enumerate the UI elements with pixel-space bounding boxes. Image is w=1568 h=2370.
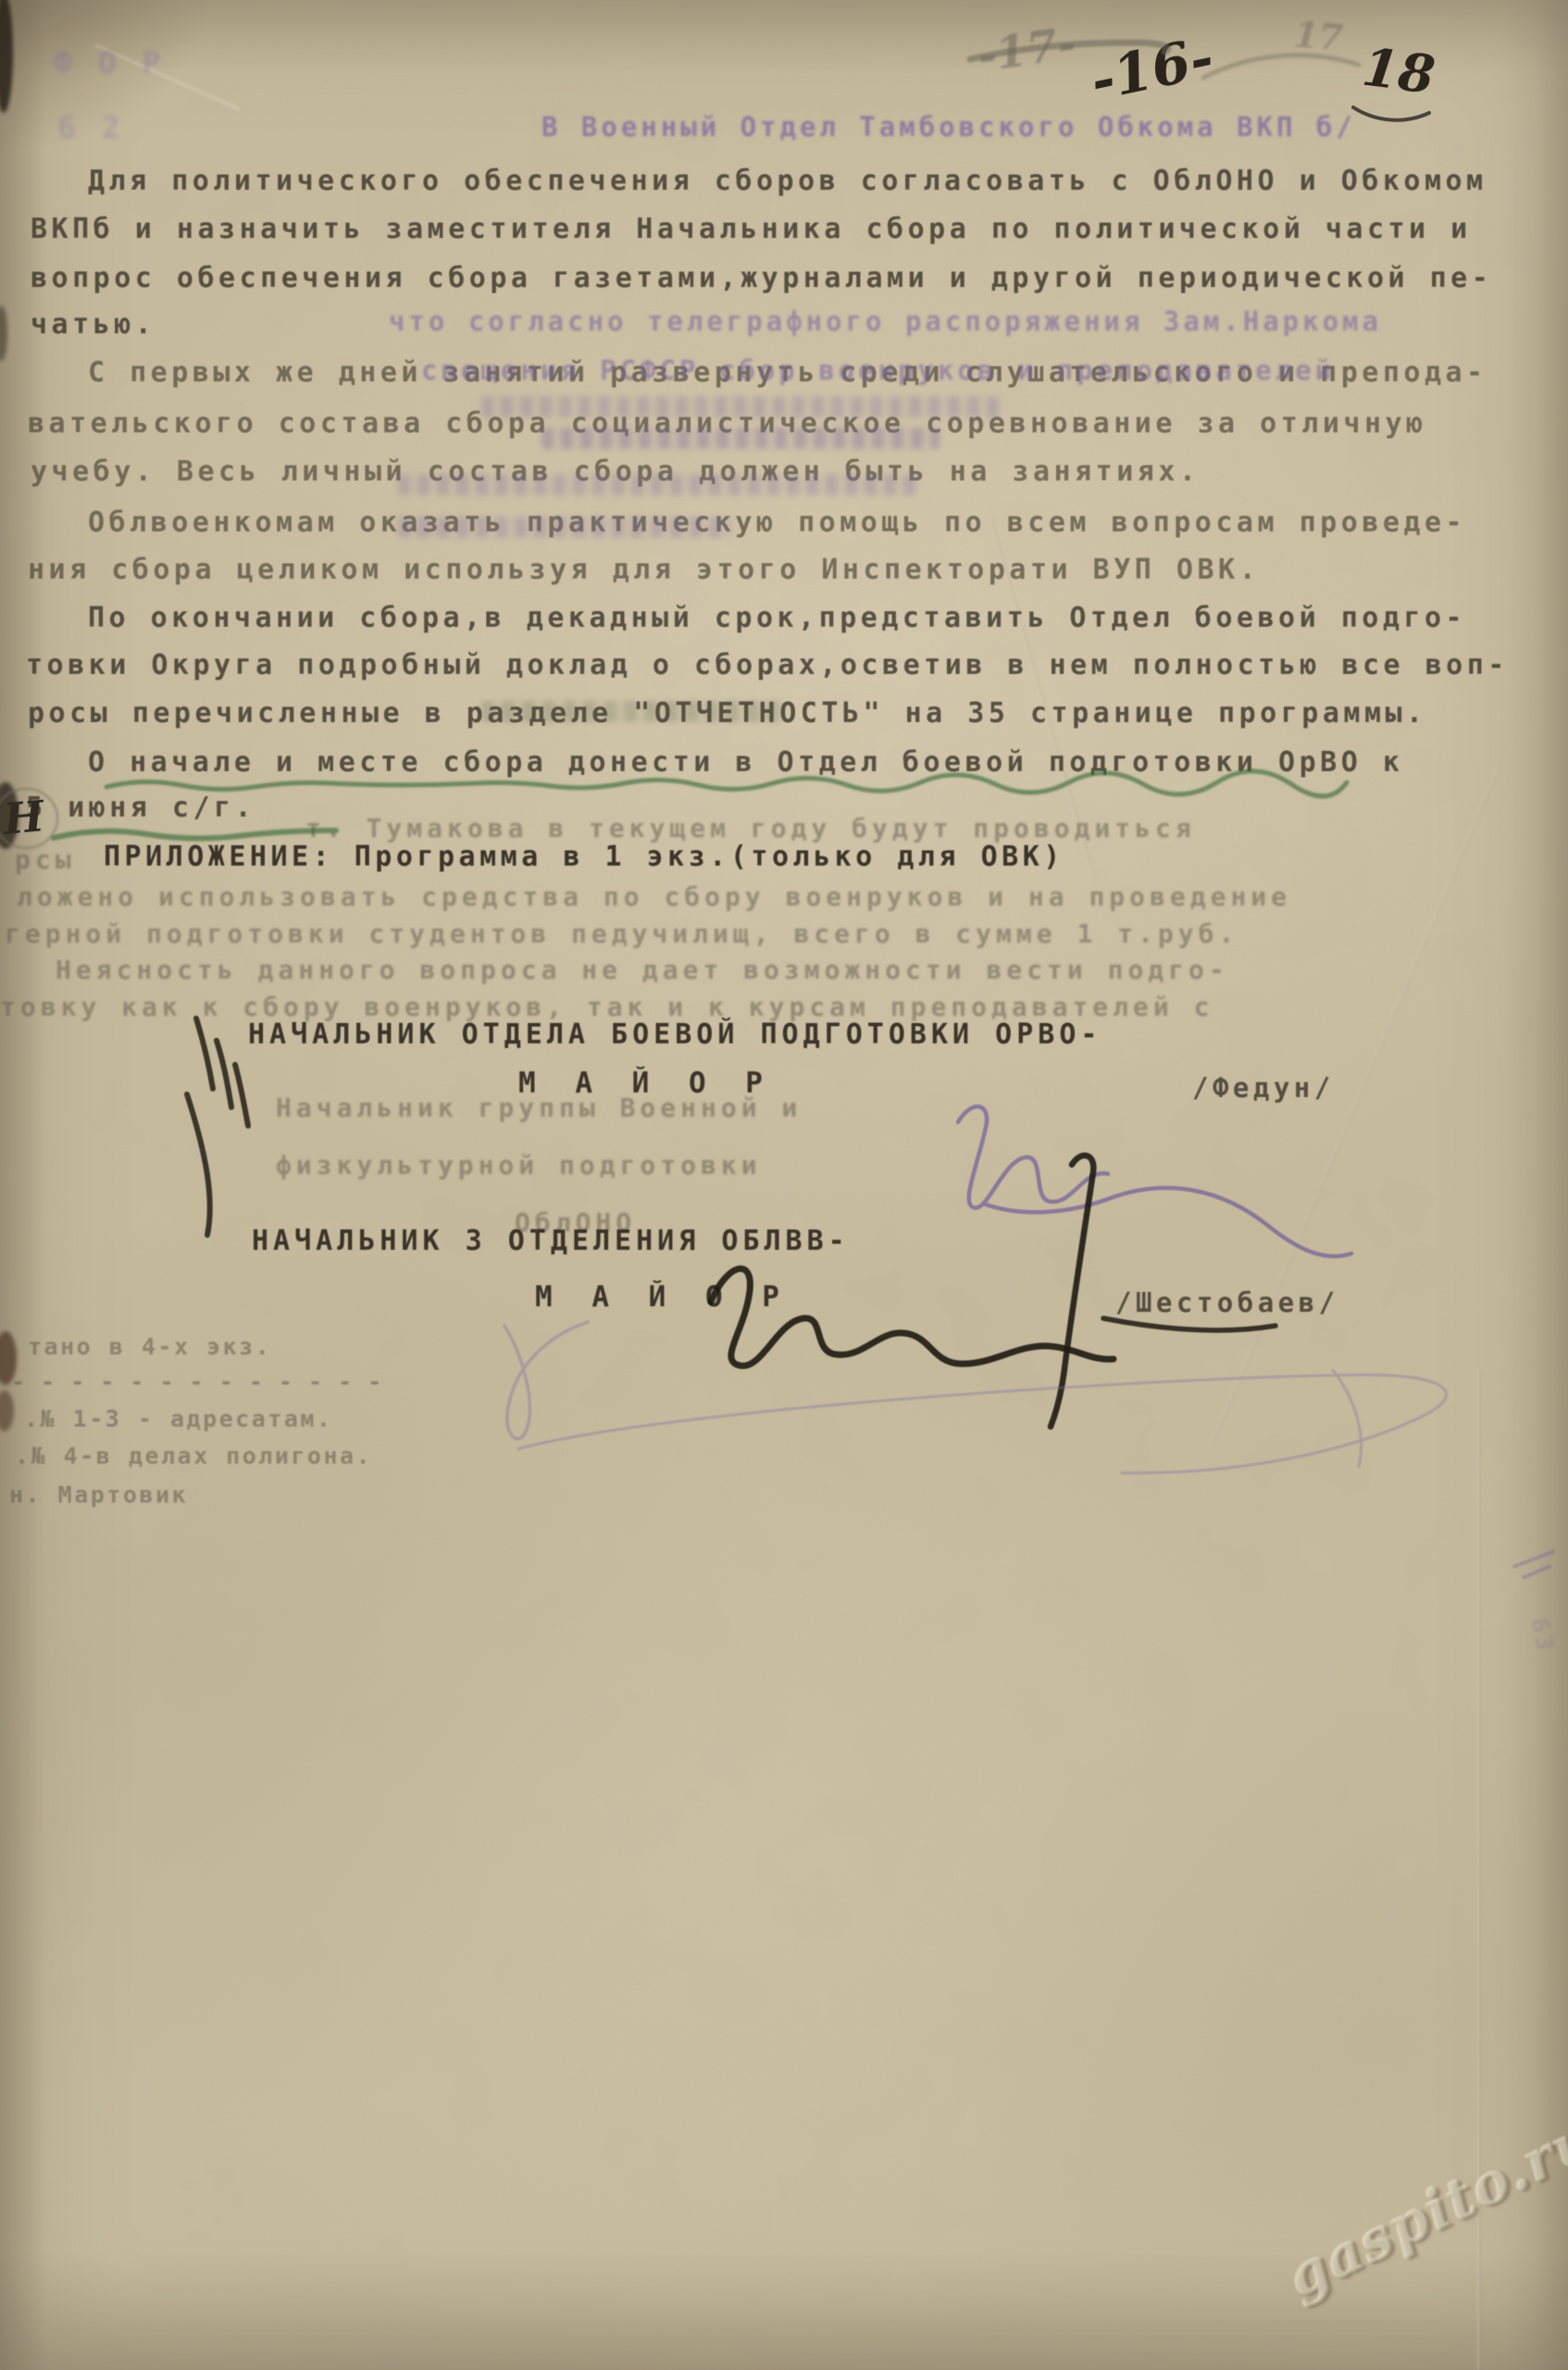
ghost-line: герной подготовки студентов педучилищ, в… [5, 918, 1238, 949]
crease-line [1208, 767, 1500, 1450]
signer-rank: М А Й О Р [535, 1280, 790, 1314]
typed-line: Облвоенкомам оказать практическую помощь… [88, 506, 1466, 539]
typed-line: чатью. [31, 308, 156, 341]
attachment-line: ПРИЛОЖЕНИЕ: Программа в 1 экз.(только дл… [104, 841, 1064, 873]
signer-title: НАЧАЛЬНИК 3 ОТДЕЛЕНИЯ ОБЛВВ- [252, 1225, 850, 1257]
typed-line: товки Округа подробный доклад о сборах,о… [26, 649, 1509, 681]
page-number-crossed: -17- [975, 18, 1079, 82]
bleed-addressee: В Военный Отдел Тамбовского Обкома ВКП б… [541, 111, 1356, 143]
typed-line: 5 июня с/г. [26, 792, 255, 824]
carbon-title-line: физкультурной подготовки [276, 1150, 762, 1180]
ink-flourish [1353, 107, 1429, 120]
stamp-text: 6 2 [57, 109, 124, 145]
edge-shading [1535, 0, 1568, 2370]
ghost-line: Неясность данного вопроса не дает возмож… [56, 954, 1229, 985]
ghost-line: т. Тумакова в текущем году будут проводи… [305, 813, 1196, 843]
bleed-smudge [481, 701, 787, 722]
signer-name: /Шестобаев/ [1115, 1287, 1339, 1318]
stamp-text: Ф О Р [54, 44, 164, 81]
typed-line: О начале и месте сбора донести в Отдел б… [88, 746, 1403, 779]
pencil-flourish [518, 1370, 1447, 1473]
page-number-alt-ink: 18 [1359, 36, 1437, 106]
bleed-line: свещения РСФСР сбор военруков и преподав… [421, 355, 1335, 386]
bleed-smudge [398, 474, 916, 495]
bleed-smudge [398, 517, 731, 538]
signer-name: /Федун/ [1192, 1072, 1335, 1104]
typed-line: ВКПб и назначить заместителя Начальника … [31, 213, 1472, 245]
carbon-title-line: Начальник группы Военной и [276, 1092, 802, 1123]
signature-main-ascender [1051, 1155, 1093, 1427]
pencil-arc [1203, 56, 1359, 78]
check-mark [187, 1018, 248, 1235]
ghost-line: ложено использовать средства по сбору во… [17, 881, 1291, 912]
signer-title: НАЧАЛЬНИК ОТДЕЛА БОЕВОЙ ПОДГОТОВКИ ОРВО- [248, 1018, 1101, 1051]
imprint-line: .№ 1-3 - адресатам. [24, 1405, 332, 1432]
green-underline [54, 830, 336, 839]
signature-oblono [958, 1106, 1351, 1256]
imprint-divider: - - - - - - - - - - - - - [11, 1368, 382, 1395]
edge-stain [0, 306, 7, 361]
ghost-fragment: рсы [15, 844, 76, 875]
bleed-smudge [481, 396, 1000, 418]
bleed-smudge [541, 428, 940, 449]
bleed-line: что согласно телеграфного распоряжения З… [389, 306, 1382, 337]
margin-letter: Н [2, 791, 46, 844]
page-number-ink: -16- [1085, 25, 1219, 114]
signature-main-tail [1103, 1318, 1276, 1330]
typed-line: ния сбора целиком используя для этого Ин… [28, 554, 1260, 586]
imprint-line: тано в 4-х экз. [28, 1333, 271, 1360]
imprint-line: н. Мартовик [9, 1481, 188, 1508]
typed-line: вопрос обеспечения сбора газетами,журнал… [31, 262, 1492, 294]
pencil-flourish [504, 1322, 588, 1439]
typed-line: Для политического обеспечения сборов сог… [88, 165, 1487, 197]
typed-line: По окончании сбора,в декадный срок,предс… [88, 602, 1466, 634]
page-number-pencil: 17 [1292, 13, 1344, 58]
imprint-line: .№ 4-в делах полигона. [15, 1442, 372, 1469]
document-page: Ф О Р 6 2 -17- 17 -16- 18 В Военный Отде… [0, 0, 1568, 2370]
edge-stain [0, 1391, 14, 1431]
edge-stain [0, 0, 13, 113]
watermark: gaspito.ru [1278, 2106, 1568, 2312]
